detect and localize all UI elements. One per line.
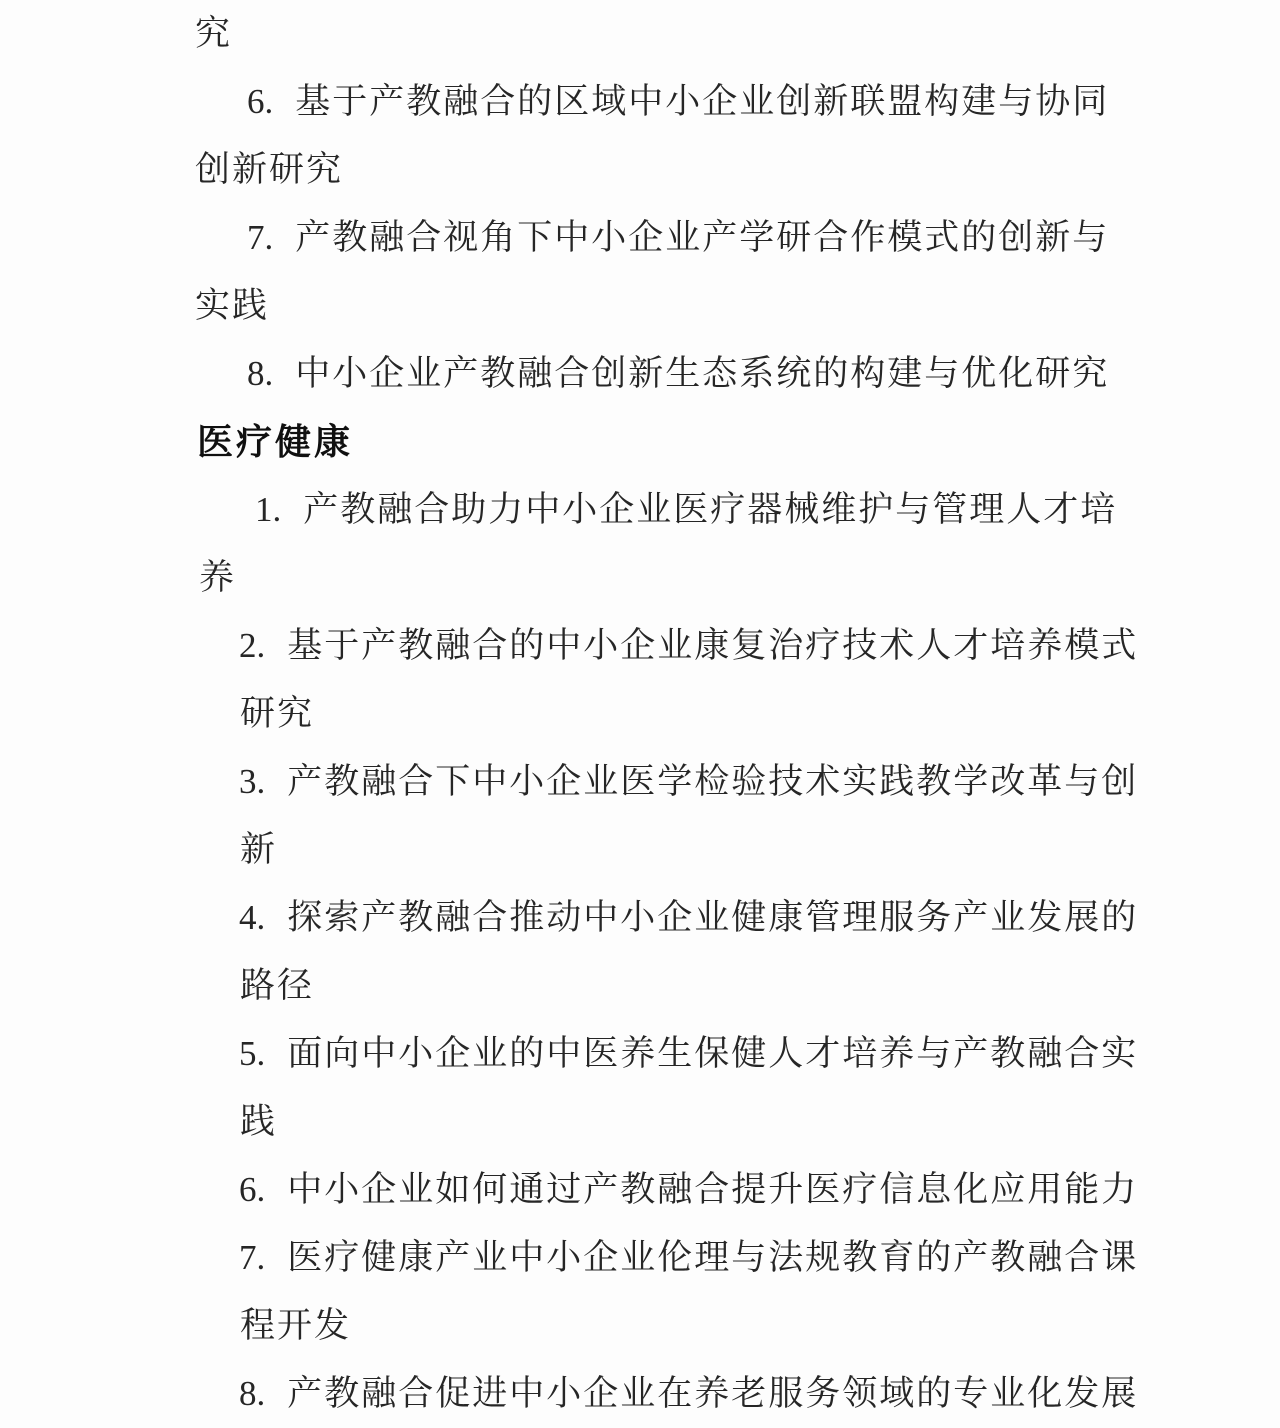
item-number: 4. [239, 884, 265, 952]
topic-item-continuation-line: 创新研究 [195, 136, 1090, 204]
item-number: 3. [239, 748, 265, 816]
topic-item: 7.产教融合视角下中小企业产学研合作模式的创新与实践 [195, 204, 1090, 340]
continuation-fragment-line: 究 [195, 0, 1090, 68]
topic-text: 医疗健康产业中小企业伦理与法规教育的产教融合课 [287, 1238, 1138, 1277]
topic-item: 7.医疗健康产业中小企业伦理与法规教育的产教融合课程开发 [195, 1224, 1090, 1360]
topic-item: 2.基于产教融合的中小企业康复治疗技术人才培养模式研究 [195, 612, 1090, 748]
topic-item-first-line: 8.中小企业产教融合创新生态系统的构建与优化研究 [195, 340, 1090, 408]
topic-item-continuation-line: 践 [195, 1088, 1090, 1156]
topic-item-first-line: 5.面向中小企业的中医养生保健人才培养与产教融合实 [195, 1020, 1090, 1088]
topic-item: 5.面向中小企业的中医养生保健人才培养与产教融合实践 [195, 1020, 1090, 1156]
topic-item-first-line: 2.基于产教融合的中小企业康复治疗技术人才培养模式 [195, 612, 1090, 680]
topic-text: 产教融合视角下中小企业产学研合作模式的创新与 [295, 218, 1109, 257]
topic-item-first-line: 6.基于产教融合的区域中小企业创新联盟构建与协同 [195, 68, 1090, 136]
topic-text: 基于产教融合的中小企业康复治疗技术人才培养模式 [287, 626, 1138, 665]
topic-text: 基于产教融合的区域中小企业创新联盟构建与协同 [295, 82, 1109, 121]
topic-item: 6.中小企业如何通过产教融合提升医疗信息化应用能力 [195, 1156, 1090, 1224]
item-number: 6. [247, 68, 273, 136]
topic-text: 中小企业产教融合创新生态系统的构建与优化研究 [295, 354, 1109, 393]
topic-text: 养 [199, 558, 236, 597]
topic-text: 践 [240, 1102, 277, 1141]
document-page: 究6.基于产教融合的区域中小企业创新联盟构建与协同创新研究7.产教融合视角下中小… [0, 0, 1280, 1428]
topic-item-continuation-line: 研究 [195, 680, 1090, 748]
topic-item-continuation-line: 路径 [195, 952, 1090, 1020]
topic-item-continuation-line: 新 [195, 816, 1090, 884]
topic-item-first-line: 1.产教融合助力中小企业医疗器械维护与管理人才培 [195, 476, 1090, 544]
item-number: 1. [255, 476, 281, 544]
topic-text: 创新研究 [195, 150, 343, 189]
topic-item-first-line: 7.医疗健康产业中小企业伦理与法规教育的产教融合课 [195, 1224, 1090, 1292]
topic-item-first-line: 3.产教融合下中小企业医学检验技术实践教学改革与创 [195, 748, 1090, 816]
topic-text: 中小企业如何通过产教融合提升医疗信息化应用能力 [287, 1170, 1138, 1209]
topic-item-first-line: 6.中小企业如何通过产教融合提升医疗信息化应用能力 [195, 1156, 1090, 1224]
topic-item: 6.基于产教融合的区域中小企业创新联盟构建与协同创新研究 [195, 68, 1090, 204]
item-number: 7. [247, 204, 273, 272]
topic-item: 3.产教融合下中小企业医学检验技术实践教学改革与创新 [195, 748, 1090, 884]
document-body: 究6.基于产教融合的区域中小企业创新联盟构建与协同创新研究7.产教融合视角下中小… [195, 0, 1090, 1428]
topic-section: 究6.基于产教融合的区域中小企业创新联盟构建与协同创新研究7.产教融合视角下中小… [195, 0, 1090, 408]
topic-text: 探索产教融合推动中小企业健康管理服务产业发展的 [287, 898, 1138, 937]
topic-text: 面向中小企业的中医养生保健人才培养与产教融合实 [287, 1034, 1138, 1073]
item-number: 2. [239, 612, 265, 680]
section-heading: 医疗健康 [195, 408, 1090, 476]
topic-text: 实践 [195, 286, 269, 325]
topic-item-first-line: 7.产教融合视角下中小企业产学研合作模式的创新与 [195, 204, 1090, 272]
topic-item: 8.产教融合促进中小企业在养老服务领域的专业化发展 [195, 1360, 1090, 1428]
topic-item: 1.产教融合助力中小企业医疗器械维护与管理人才培养 [195, 476, 1090, 612]
topic-text: 产教融合下中小企业医学检验技术实践教学改革与创 [287, 762, 1138, 801]
topic-text: 路径 [240, 966, 314, 1005]
topic-item-continuation-line: 实践 [195, 272, 1090, 340]
topic-text: 新 [240, 830, 277, 869]
item-number: 8. [247, 340, 273, 408]
topic-text: 产教融合助力中小企业医疗器械维护与管理人才培 [303, 490, 1117, 529]
topic-item-first-line: 8.产教融合促进中小企业在养老服务领域的专业化发展 [195, 1360, 1090, 1428]
topic-item-continuation-line: 养 [195, 544, 1090, 612]
topic-text: 产教融合促进中小企业在养老服务领域的专业化发展 [287, 1374, 1138, 1413]
topic-item-first-line: 4.探索产教融合推动中小企业健康管理服务产业发展的 [195, 884, 1090, 952]
topic-section: 医疗健康1.产教融合助力中小企业医疗器械维护与管理人才培养2.基于产教融合的中小… [195, 408, 1090, 1428]
topic-text: 研究 [240, 694, 314, 733]
topic-item: 4.探索产教融合推动中小企业健康管理服务产业发展的路径 [195, 884, 1090, 1020]
item-number: 7. [239, 1224, 265, 1292]
item-number: 5. [239, 1020, 265, 1088]
item-number: 6. [239, 1156, 265, 1224]
topic-item-continuation-line: 程开发 [195, 1292, 1090, 1360]
topic-text: 程开发 [240, 1306, 351, 1345]
item-number: 8. [239, 1360, 265, 1428]
topic-item: 8.中小企业产教融合创新生态系统的构建与优化研究 [195, 340, 1090, 408]
